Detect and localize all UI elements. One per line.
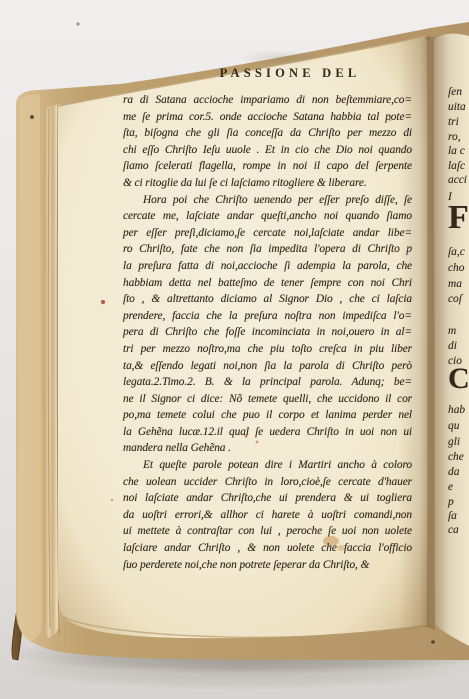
cover-rim	[18, 94, 42, 640]
text-line: Et queſte parole potean dire i Martiri a…	[123, 457, 412, 474]
text-line: prendere, faccia che la preſura noſtra n…	[123, 308, 412, 325]
right-page-line-fragment: hab	[448, 404, 465, 417]
right-page-line-fragment: m	[448, 325, 456, 338]
right-page-initial: F	[448, 201, 469, 235]
right-page-line-fragment: ro,	[448, 131, 461, 144]
right-page-line-fragment: di	[448, 340, 457, 353]
right-page-line-fragment: cho	[448, 262, 464, 275]
text-line: da uoſtri errori,& allhor ci harete à uo…	[123, 507, 412, 524]
text-line: ſiamo ſcelerati flagella, rompe in noi i…	[123, 158, 412, 175]
left-page-text: ra di Satana accioche impariamo di non b…	[123, 92, 412, 573]
right-page-line-fragment: laſc	[448, 160, 465, 173]
book-photo: PASSIONE DEL ra di Satana accioche impar…	[0, 0, 469, 699]
text-line: laſciare andar Chriſto , & non uolete ch…	[123, 540, 412, 557]
text-line: me ſe prima cor.5. onde accioche Satana …	[123, 109, 412, 126]
running-head: PASSIONE DEL	[123, 66, 435, 81]
text-line: ſta, biſogna che gli ſia conceſſa da Chr…	[123, 125, 412, 142]
text-line: la preſura fatta di noi,accioche ſi adem…	[123, 258, 412, 275]
background-speck	[76, 22, 79, 25]
text-line: po,ma temete colui che puo il corpo et l…	[123, 407, 412, 424]
right-page-initial: C	[448, 364, 469, 394]
text-line: mandera nella Gehẽna .	[123, 440, 412, 457]
text-line: ta,& eſſendo legati noi,non ſia la parol…	[123, 358, 412, 375]
cover-speck	[30, 115, 34, 119]
right-page-line-fragment: e	[448, 481, 453, 494]
text-line: ne il Signor ci dice: Nõ temete quelli, …	[123, 391, 412, 408]
text-line: noi laſciate andar Chriſto,che ui prende…	[123, 490, 412, 507]
text-line: tri per mezzo noſtro,ma che piu toſto cr…	[123, 341, 412, 358]
right-page-text-fragments: ſenuitatriro,la claſcacciIFſa,cchomacoſm…	[448, 0, 469, 699]
right-page-line-fragment: ſa,c	[448, 246, 465, 259]
right-page-line-fragment: la c	[448, 145, 465, 158]
right-page-line-fragment: qu	[448, 420, 459, 433]
text-line: ui mettete à contraſtar con lui , peroch…	[123, 523, 412, 540]
right-page-line-fragment: ſen	[448, 86, 462, 99]
text-line: che uolean uccider Chriſto in loro,cioè,…	[123, 474, 412, 491]
text-line: ro Chriſto, fate che non ſia impedita l'…	[123, 241, 412, 258]
right-page-line-fragment: ca	[448, 524, 459, 537]
text-line: legata.2.Timo.2. B. & la principal parol…	[123, 374, 412, 391]
page-speck	[111, 499, 113, 501]
right-page-line-fragment: ma	[448, 278, 462, 291]
show-through-smudge	[238, 50, 324, 66]
text-line: habbiam detta nel batteſmo de tener ſemp…	[123, 275, 412, 292]
text-line: chi eſſo Chriſto Ieſu uuole . Et in cio …	[123, 142, 412, 159]
right-page-line-fragment: da	[448, 466, 459, 479]
text-line: & ci ritoglie da lui ſe ci laſciamo rito…	[123, 175, 412, 192]
right-page-line-fragment: uita	[448, 101, 466, 114]
right-page-line-fragment: tri	[448, 116, 459, 129]
gutter-speck	[431, 640, 435, 644]
text-line: cercate me, laſciate andar queſti,ancho …	[123, 208, 412, 225]
text-line: per eſſer preſi,diciamo,ſe cercate noi,l…	[123, 225, 412, 242]
gutter-crease	[427, 36, 435, 630]
text-line: pera di Chriſto che foſſe incominciata i…	[123, 324, 412, 341]
foxing-spot	[101, 300, 105, 304]
text-line: ra di Satana accioche impariamo di non b…	[123, 92, 412, 109]
right-page-line-fragment: gli	[448, 436, 460, 449]
right-page-line-fragment: p	[448, 496, 454, 509]
text-line: la Gehẽna lucæ.12.il qual ſe uedera Chri…	[123, 424, 412, 441]
right-page-line-fragment: coſ	[448, 293, 462, 306]
text-line: ſto , & altrettanto diciamo al Signor Di…	[123, 291, 412, 308]
text-line: Hora poi che Chriſto uenendo per eſſer p…	[123, 192, 412, 209]
right-page-line-fragment: acci	[448, 174, 467, 187]
text-line: ſuo perderete noi,che non potrete ſepera…	[123, 557, 412, 574]
right-page-line-fragment: che	[448, 451, 464, 464]
right-page-line-fragment: ſa	[448, 510, 457, 523]
